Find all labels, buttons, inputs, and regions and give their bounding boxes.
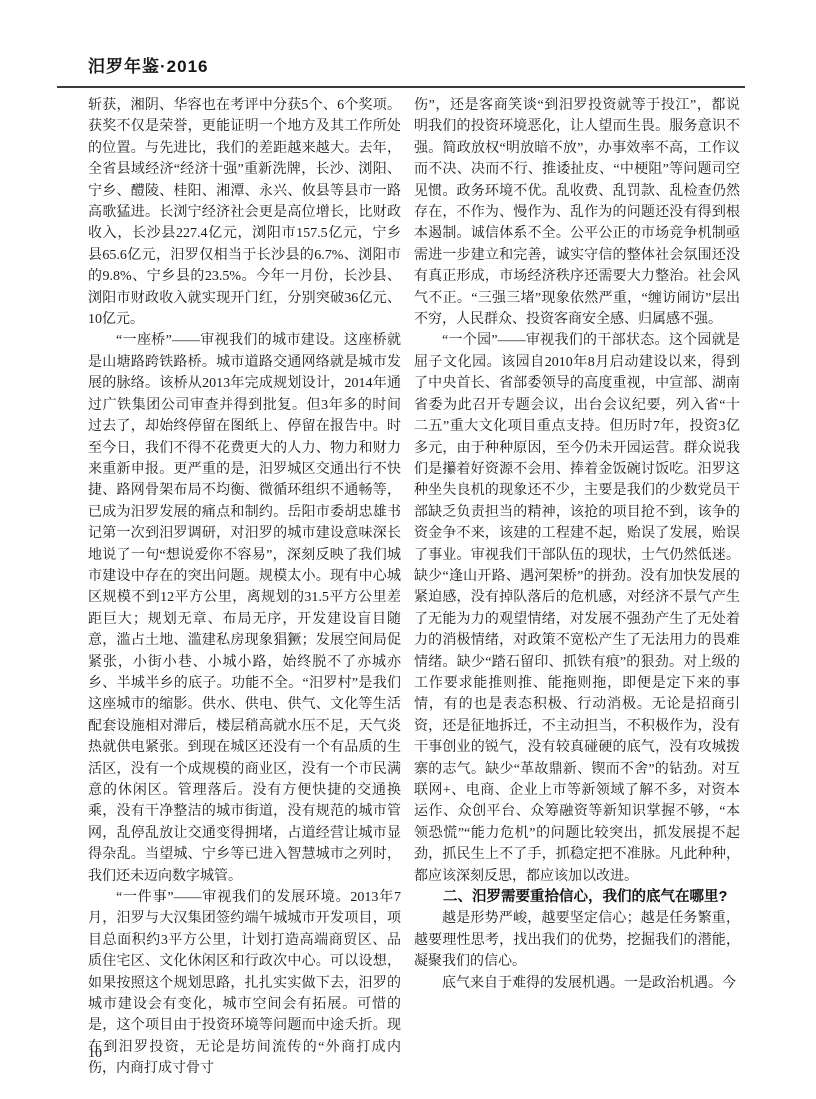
text-columns: 斩获，湘阴、华容也在考评中分获5个、6个奖项。获奖不仅是荣誉，更能证明一个地方及… <box>88 95 740 1080</box>
header-rule-divider <box>57 86 745 88</box>
yearbook-page: 汨罗年鉴·2016 斩获，湘阴、华容也在考评中分获5个、6个奖项。获奖不仅是荣誉… <box>0 0 816 1099</box>
paragraph-right-park: “一个园”——审视我们的干部状态。这个园就是屈子文化园。该园自2010年8月启动… <box>414 330 740 887</box>
paragraph-left-bridge: “一座桥”——审视我们的城市建设。这座桥就是山塘路跨铁路桥。城市道路交通网络就是… <box>88 330 401 887</box>
page-number: 10 <box>88 1046 102 1062</box>
paragraph-right-confidence: 越是形势严峻，越要坚定信心；越是任务繁重，越要理性思考，找出我们的优势，挖掘我们… <box>414 908 740 972</box>
paragraph-right-continuation: 伤”，还是客商笑谈“到汨罗投资就等于投江”，都说明我们的投资环境恶化，让人望而生… <box>414 95 740 330</box>
section-heading: 二、汨罗需要重拾信心，我们的底气在哪里? <box>414 887 740 908</box>
paragraph-left-incident: “一件事”——审视我们的发展环境。2013年7月，汨罗与大汉集团签约端午城城市开… <box>88 887 401 1080</box>
paragraph-right-opportunity: 底气来自于难得的发展机遇。一是政治机遇。今 <box>414 973 740 994</box>
paragraph-left-continuation: 斩获，湘阴、华容也在考评中分获5个、6个奖项。获奖不仅是荣誉，更能证明一个地方及… <box>88 95 401 330</box>
column-left: 斩获，湘阴、华容也在考评中分获5个、6个奖项。获奖不仅是荣誉，更能证明一个地方及… <box>88 95 401 1080</box>
column-right: 伤”，还是客商笑谈“到汨罗投资就等于投江”，都说明我们的投资环境恶化，让人望而生… <box>414 95 740 1080</box>
page-header-title: 汨罗年鉴·2016 <box>88 52 208 77</box>
